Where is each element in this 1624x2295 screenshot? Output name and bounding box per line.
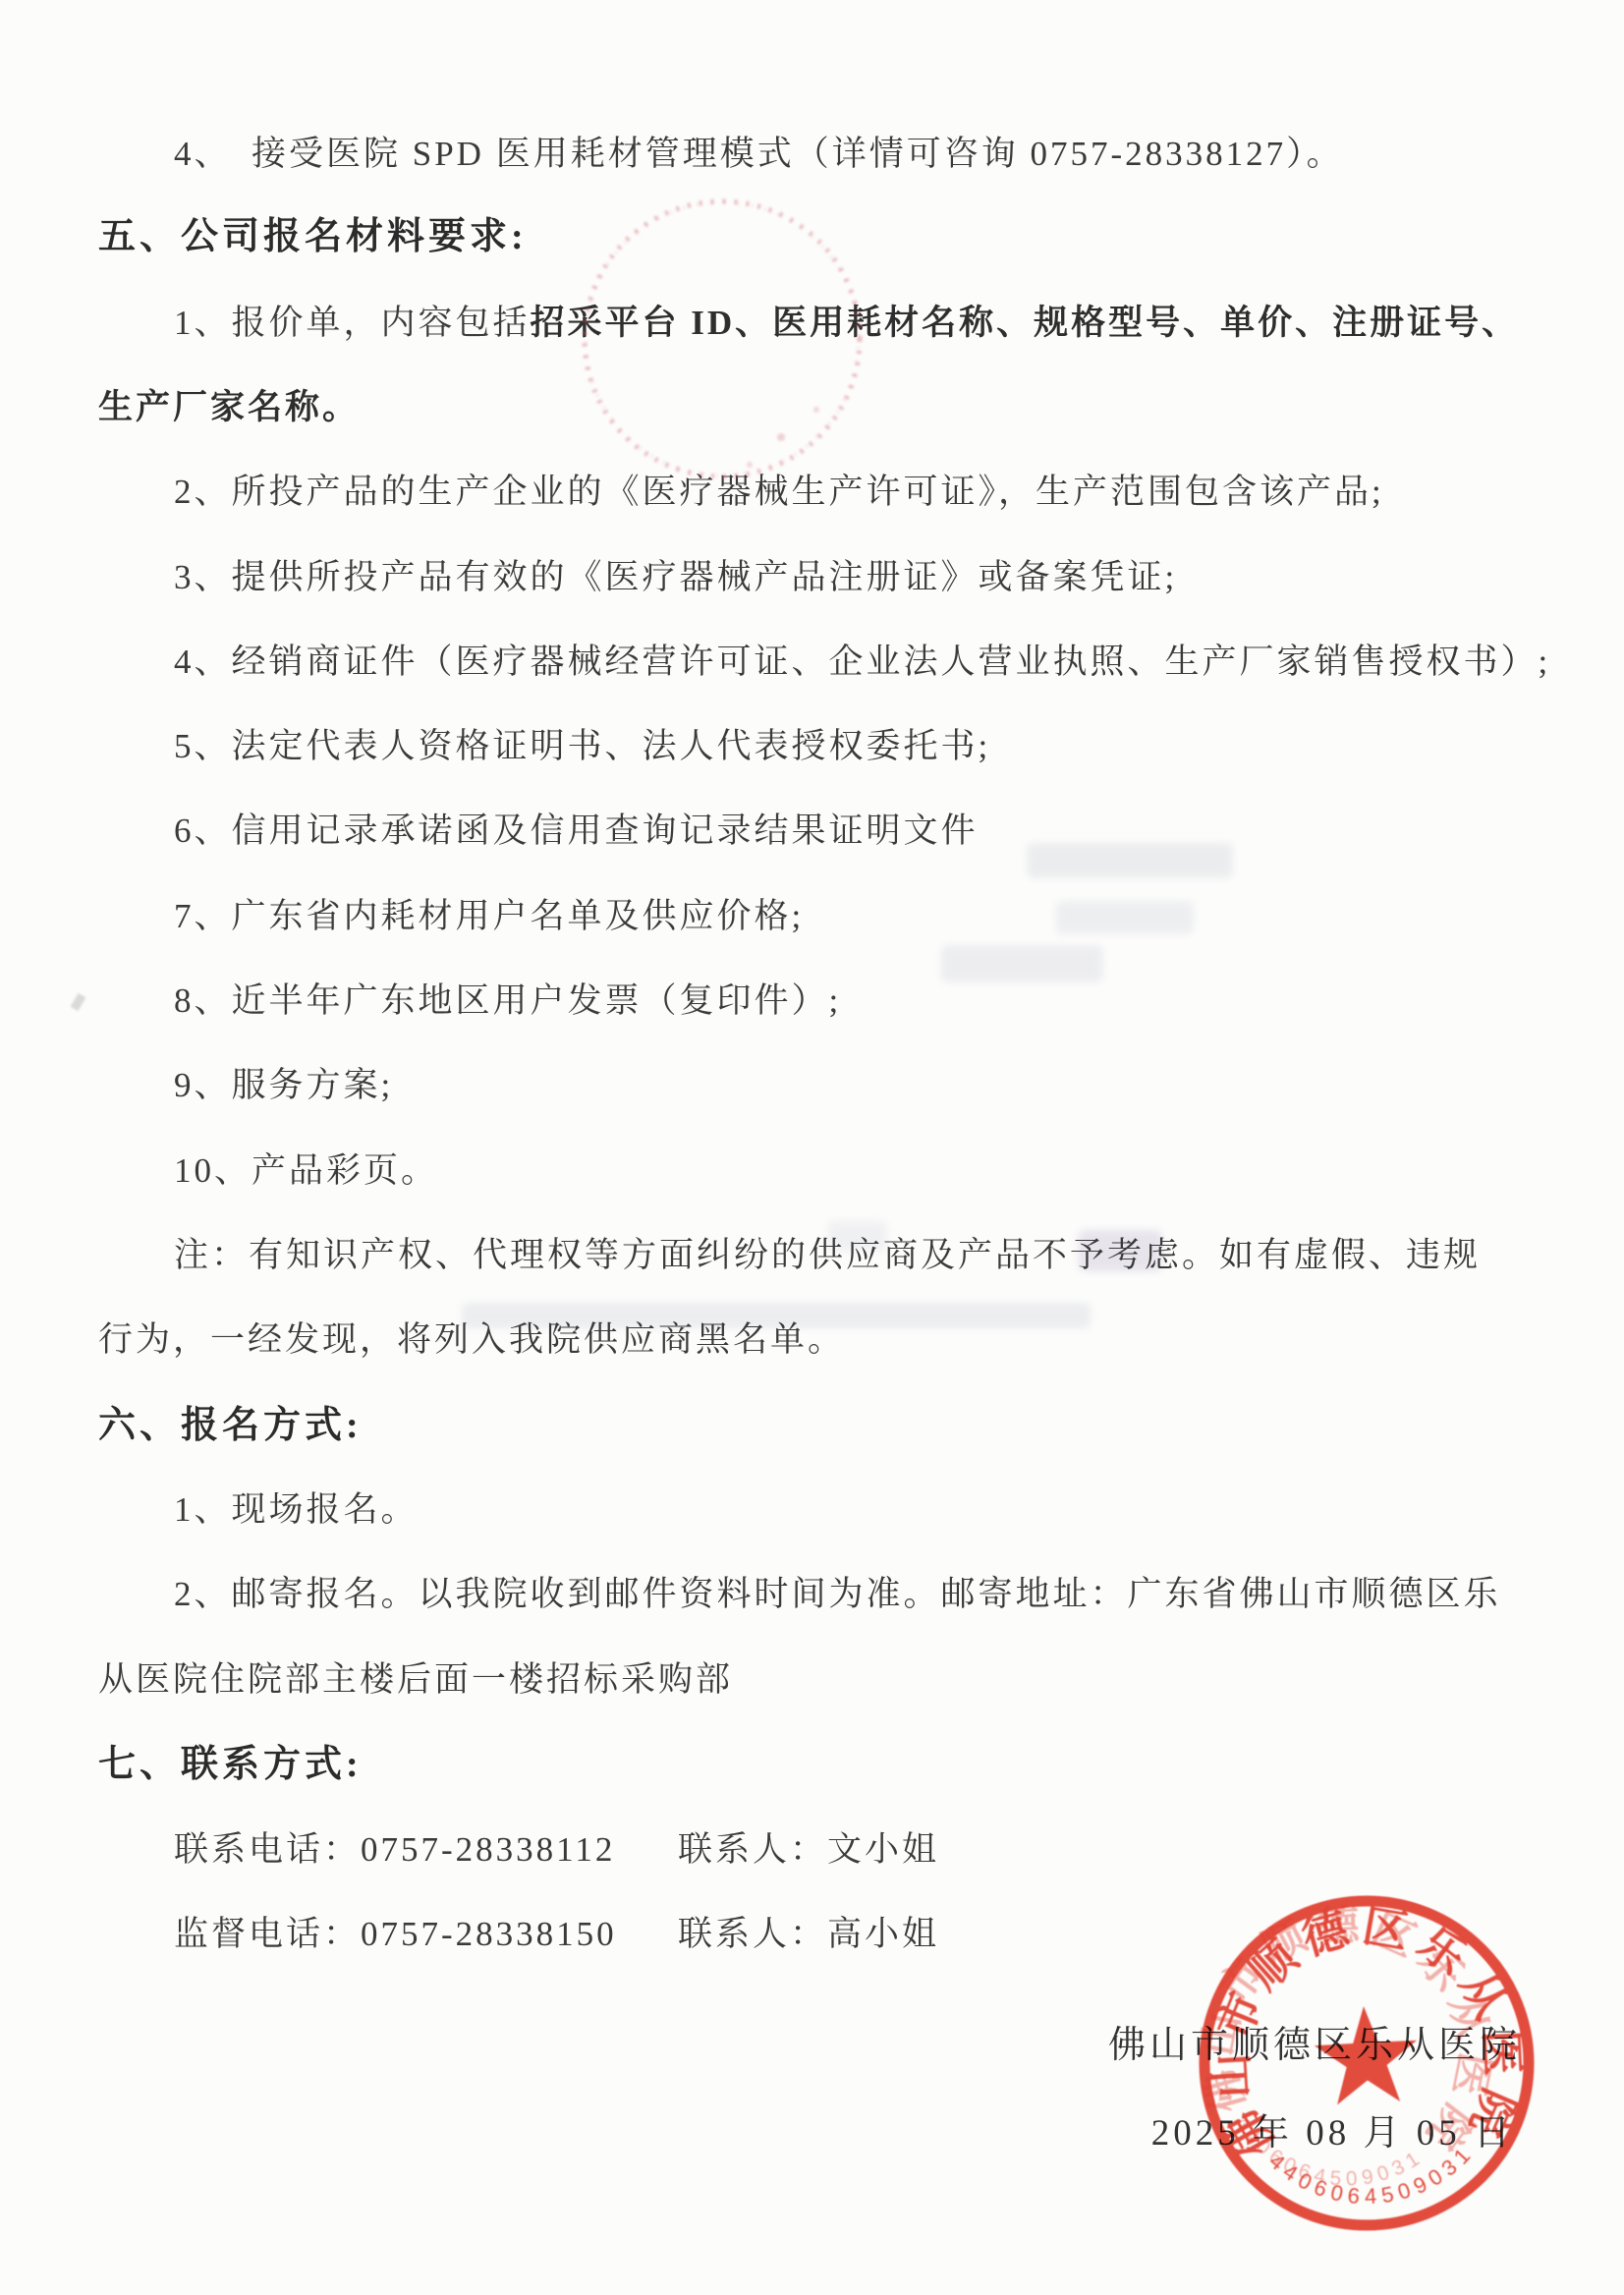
- section5-item-5: 5、法定代表人资格证明书、法人代表授权委托书;: [174, 724, 990, 769]
- section5-item-8: 8、近半年广东地区用户发票（复印件）;: [174, 979, 841, 1024]
- section6-heading: 六、报名方式:: [98, 1403, 363, 1448]
- section5-heading: 五、公司报名材料要求:: [98, 214, 528, 259]
- scan-speck: [71, 993, 86, 1011]
- intro-item-4: 4、 接受医院 SPD 医用耗材管理模式（详情可咨询 0757-28338127…: [174, 132, 1344, 177]
- supervise-person: 联系人：高小姐: [678, 1912, 939, 1957]
- document-page: 4、 接受医院 SPD 医用耗材管理模式（详情可咨询 0757-28338127…: [0, 0, 1624, 2295]
- item1-prefix: 1、报价单，内容包括: [174, 304, 531, 342]
- bleed-through-smudge: [1027, 843, 1233, 878]
- section5-item-3: 3、提供所投产品有效的《医疗器械产品注册证》或备案凭证;: [174, 555, 1177, 600]
- section5-item-4: 4、经销商证件（医疗器械经营许可证、企业法人营业执照、生产厂家销售授权书）;: [174, 640, 1550, 685]
- contact-phone: 联系电话：0757-28338112: [174, 1827, 615, 1873]
- bleed-through-smudge: [1056, 901, 1194, 934]
- faint-stamp-outline: [575, 192, 869, 486]
- signature-date: 2025 年 08 月 05 日: [1151, 2102, 1514, 2155]
- section5-item-9: 9、服务方案;: [174, 1063, 393, 1108]
- bleed-through-smudge: [941, 945, 1103, 982]
- contact-person: 联系人：文小姐: [678, 1827, 939, 1873]
- section5-item-1-cont: 生产厂家名称。: [98, 385, 360, 430]
- section5-note-line1: 注：有知识产权、代理权等方面纠纷的供应商及产品不予考虑。如有虚假、违规: [174, 1233, 1481, 1278]
- section5-item-6: 6、信用记录承诺函及信用查询记录结果证明文件: [174, 809, 979, 854]
- section5-note-line2: 行为，一经发现，将列入我院供应商黑名单。: [98, 1317, 845, 1363]
- section6-item-2-line1: 2、邮寄报名。以我院收到邮件资料时间为准。邮寄地址：广东省佛山市顺德区乐: [174, 1572, 1501, 1617]
- section5-item-7: 7、广东省内耗材用户名单及供应价格;: [174, 894, 804, 939]
- signature-org: 佛山市顺德区乐从医院: [1108, 2014, 1521, 2068]
- section7-heading: 七、联系方式:: [98, 1742, 363, 1787]
- supervise-phone: 监督电话：0757-28338150: [174, 1912, 617, 1957]
- section6-item-1: 1、现场报名。: [174, 1487, 419, 1533]
- section5-item-10: 10、产品彩页。: [174, 1148, 438, 1194]
- section6-item-2-line2: 从医院住院部主楼后面一楼招标采购部: [98, 1657, 733, 1703]
